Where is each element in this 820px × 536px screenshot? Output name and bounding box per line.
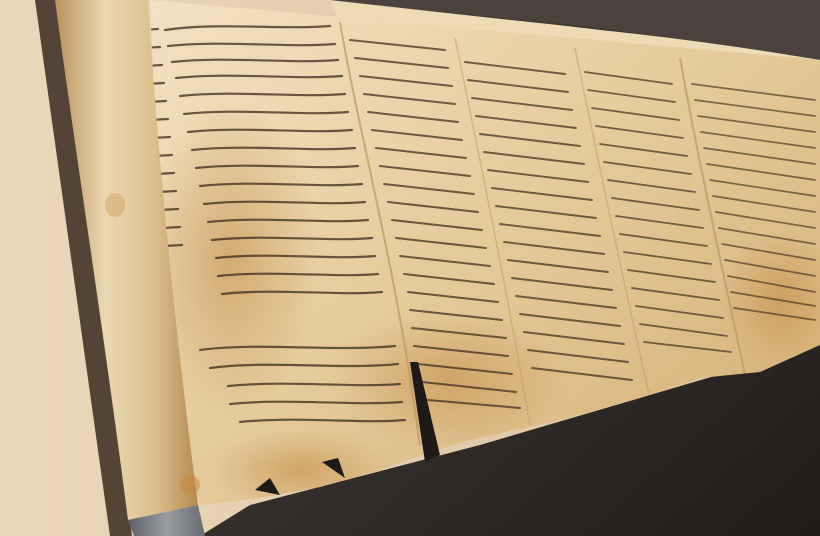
scroll-photo: Close-up of an unrolled ancient scroll w… [0,0,820,536]
scroll-illustration [0,0,820,536]
